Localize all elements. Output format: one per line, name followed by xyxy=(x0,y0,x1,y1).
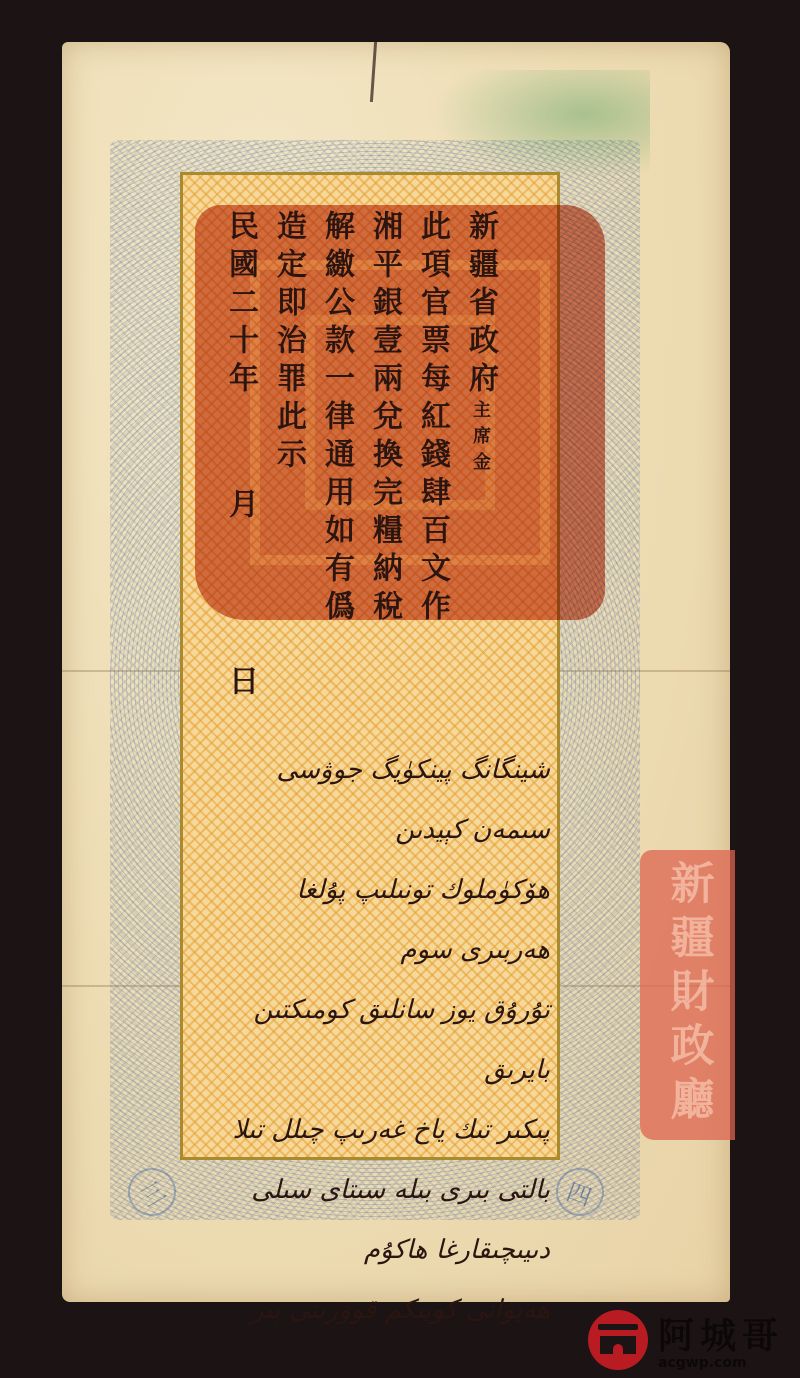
side-red-seal: 新疆財政廳 xyxy=(640,850,735,1140)
text-column: 解繳公款一律通用如有僞 xyxy=(321,210,351,730)
text-column: 此項官票每紅錢肆百文作 xyxy=(417,210,447,730)
date-month: 月 xyxy=(225,488,255,526)
uyghur-line: ھۆكۈملوك تونىلىپ پۇلغا ھەربىرى سوم xyxy=(210,860,550,980)
uyghur-text-block: شینگانگ پینکۈیگ جوۋسى سىمەن كېيدىن ھۆكۈم… xyxy=(210,740,550,1340)
chinese-text-block: 新疆省政府主席金 此項官票每紅錢肆百文作 湘平銀壹兩兌換完糧納稅 解繳公款一律通… xyxy=(225,210,495,730)
uyghur-line: تۇرۇق يوز سانلىق كومىكتىن بايرىق xyxy=(210,980,550,1100)
city-gate-logo-icon xyxy=(588,1310,648,1370)
watermark-title: 阿城哥 xyxy=(658,1308,784,1359)
uyghur-line: شینگانگ پینکۈیگ جوۋسى سىمەن كېيدىن xyxy=(210,740,550,860)
uyghur-line: بالتى بىرى بىلە سىتاى سىلى xyxy=(210,1160,550,1220)
watermark: 阿城哥 acgwp.com xyxy=(588,1308,784,1371)
date-day: 日 xyxy=(225,665,255,703)
uyghur-line: پىكىر تىك ياخ غەرىپ چىلل تىلا xyxy=(210,1100,550,1160)
green-ink-stain xyxy=(430,70,650,180)
uyghur-line: ھەيۋانى كوپىكم قوۋرىنى بىر xyxy=(210,1280,550,1340)
text-column: 造定即治罪此示 xyxy=(273,210,303,730)
uyghur-line: دىيىچىقارغا ھاكۇم xyxy=(210,1220,550,1280)
date-column: 民國二十年 月 日 xyxy=(225,210,255,730)
text-column: 湘平銀壹兩兌換完糧納稅 xyxy=(369,210,399,730)
text-column-issuer: 新疆省政府主席金 xyxy=(465,210,495,730)
